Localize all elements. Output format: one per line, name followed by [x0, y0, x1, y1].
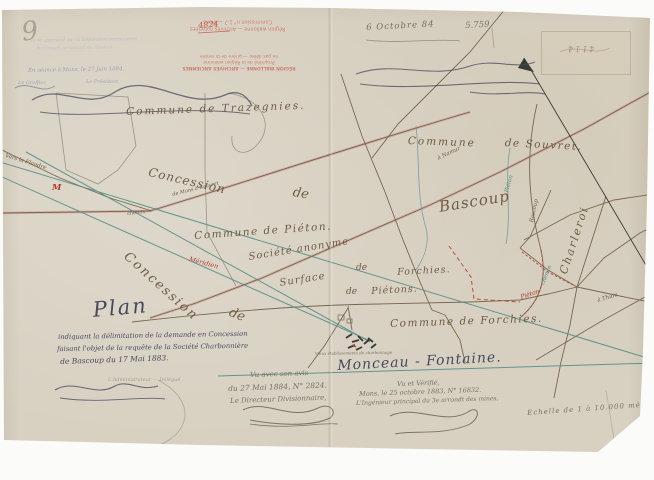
corner-stamp-box: 4114 — [541, 31, 631, 75]
map-label-de-pietons-de: de — [346, 288, 357, 297]
map-sheet: 9 4824 Région wallonne — Archives notari… — [0, 0, 654, 480]
field-boundaries — [56, 93, 265, 286]
deputation-stamp-greffier: Le Greffier, — [18, 80, 47, 86]
archive-stamp-small-line1: Région wallonne — Archives notariées — [175, 25, 300, 32]
director-signature-flourish — [243, 406, 338, 426]
map-label-point-m: M — [52, 184, 61, 193]
map-label-de-forchies-de: de — [356, 264, 367, 273]
administrator-signature-flourish — [55, 384, 165, 400]
pencil-tick — [492, 28, 494, 48]
engineer-signature-flourish — [390, 410, 477, 434]
engineer-note-line1: Vu et Vérifié, — [397, 380, 440, 388]
map-label-pietons: Piétons. — [371, 285, 418, 297]
concession-boundary — [449, 246, 575, 317]
registration-ref-number: 5.759 — [465, 21, 490, 31]
archive-stamp-large-line3: ne pas délier — prière de la rendre — [178, 52, 300, 58]
archive-stamp-large-line1: RÉGION WALLONNE — ARCHIVES ANCIENNES — [178, 64, 300, 70]
inscription-flourish — [356, 62, 545, 94]
map-label-de-upper: de — [292, 186, 310, 202]
corner-stamp-number: 4114 — [566, 44, 594, 53]
archive-stamp-small-line2: Commission n° 1-7 — Mons — [175, 18, 300, 25]
pencil-flourish — [140, 380, 185, 450]
archive-stamp-large: RÉGION WALLONNE — ARCHIVES ANCIENNES Pro… — [178, 52, 300, 70]
map-label-commune: Commune — [408, 136, 476, 149]
deputation-stamp-president: Le Président, — [86, 79, 120, 85]
date-underline — [366, 40, 460, 41]
archive-stamp-small: Région wallonne — Archives notariées Com… — [175, 18, 300, 32]
plan-title: Plan — [92, 295, 149, 321]
scanned-document-page: 9 4824 Région wallonne — Archives notari… — [0, 0, 654, 480]
administrator-role: L'Administrateur — Délégué — [108, 378, 180, 383]
corner-crease — [606, 390, 616, 452]
